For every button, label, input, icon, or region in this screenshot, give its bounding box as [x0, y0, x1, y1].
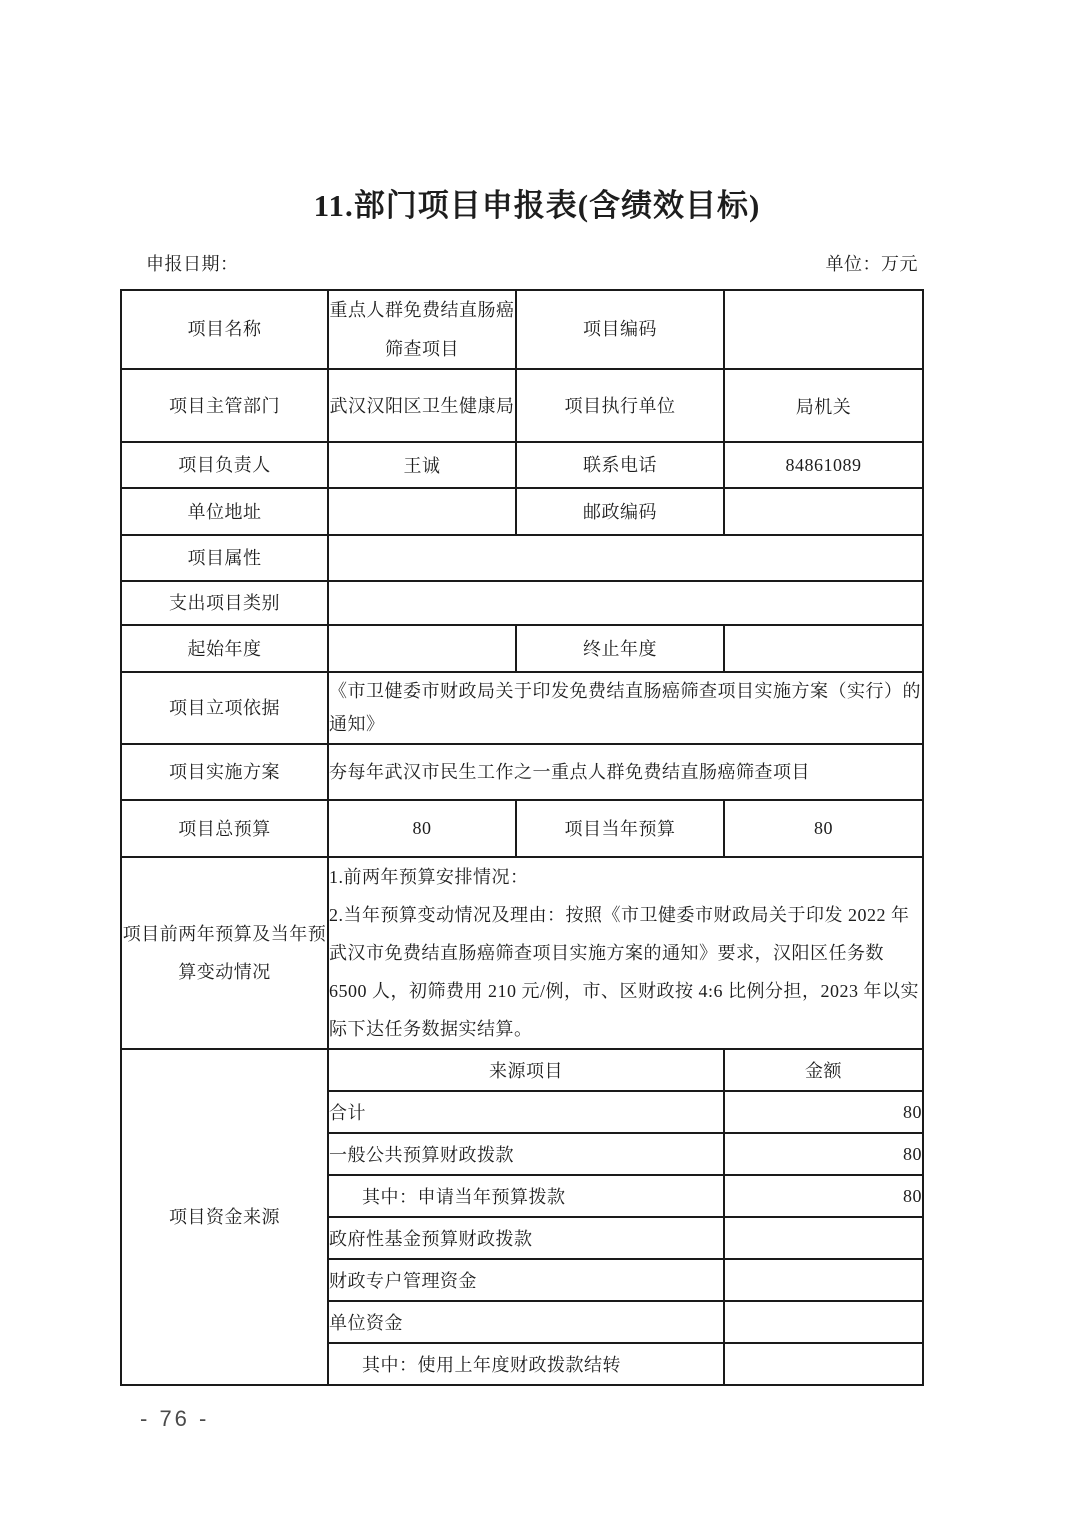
- funding-header-row: 项目资金来源 来源项目 金额: [121, 1049, 923, 1091]
- project-leader-value: 王诚: [328, 442, 516, 488]
- postal-code-label: 邮政编码: [516, 488, 724, 535]
- declare-date-label: 申报日期：: [146, 250, 239, 276]
- previous-budget-value: 1.前两年预算安排情况： 2.当年预算变动情况及理由：按照《市卫健委市财政局关于…: [328, 857, 923, 1049]
- funding-source-header: 来源项目: [328, 1049, 724, 1091]
- current-year-budget-value: 80: [724, 800, 923, 857]
- funding-amount-cell: 80: [724, 1133, 923, 1175]
- contact-phone-value: 84861089: [724, 442, 923, 488]
- funding-source-cell: 其中：使用上年度财政拨款结转: [328, 1343, 724, 1385]
- competent-department-value: 武汉汉阳区卫生健康局: [328, 369, 516, 442]
- project-code-label: 项目编码: [516, 290, 724, 369]
- end-year-value: [724, 625, 923, 672]
- project-attribute-label: 项目属性: [121, 535, 328, 581]
- row-competent-department: 项目主管部门 武汉汉阳区卫生健康局 项目执行单位 局机关: [121, 369, 923, 442]
- postal-code-value: [724, 488, 923, 535]
- page-title: 11.部门项目申报表(含绩效目标): [0, 180, 1074, 225]
- project-code-value: [724, 290, 923, 369]
- project-application-table: 项目名称 重点人群免费结直肠癌筛查项目 项目编码 项目主管部门 武汉汉阳区卫生健…: [120, 289, 924, 1386]
- current-year-budget-label: 项目当年预算: [516, 800, 724, 857]
- page-number: - 76 -: [140, 1406, 209, 1432]
- funding-source-cell: 其中：申请当年预算拨款: [328, 1175, 724, 1217]
- total-budget-value: 80: [328, 800, 516, 857]
- row-budget-totals: 项目总预算 80 项目当年预算 80: [121, 800, 923, 857]
- unit-address-value: [328, 488, 516, 535]
- funding-amount-cell: [724, 1301, 923, 1343]
- row-expenditure-category: 支出项目类别: [121, 581, 923, 625]
- row-project-attribute: 项目属性: [121, 535, 923, 581]
- project-name-value: 重点人群免费结直肠癌筛查项目: [328, 290, 516, 369]
- project-name-label: 项目名称: [121, 290, 328, 369]
- funding-amount-cell: 80: [724, 1175, 923, 1217]
- funding-section-label: 项目资金来源: [121, 1049, 328, 1385]
- funding-amount-cell: 80: [724, 1091, 923, 1133]
- previous-budget-line2: 2.当年预算变动情况及理由：按照《市卫健委市财政局关于印发 2022 年武汉市免…: [329, 896, 922, 1048]
- row-unit-address: 单位地址 邮政编码: [121, 488, 923, 535]
- project-leader-label: 项目负责人: [121, 442, 328, 488]
- previous-budget-line1: 1.前两年预算安排情况：: [329, 858, 922, 896]
- end-year-label: 终止年度: [516, 625, 724, 672]
- total-budget-label: 项目总预算: [121, 800, 328, 857]
- funding-amount-header: 金额: [724, 1049, 923, 1091]
- row-approval-basis: 项目立项依据 《市卫健委市财政局关于印发免费结直肠癌筛查项目实施方案（实行）的通…: [121, 672, 923, 744]
- start-year-label: 起始年度: [121, 625, 328, 672]
- approval-basis-value: 《市卫健委市财政局关于印发免费结直肠癌筛查项目实施方案（实行）的通知》: [328, 672, 923, 744]
- competent-department-label: 项目主管部门: [121, 369, 328, 442]
- row-previous-budget: 项目前两年预算及当年预算变动情况 1.前两年预算安排情况： 2.当年预算变动情况…: [121, 857, 923, 1049]
- funding-source-cell: 财政专户管理资金: [328, 1259, 724, 1301]
- implementation-plan-label: 项目实施方案: [121, 744, 328, 800]
- funding-source-cell: 政府性基金预算财政拨款: [328, 1217, 724, 1259]
- executing-unit-value: 局机关: [724, 369, 923, 442]
- row-project-leader: 项目负责人 王诚 联系电话 84861089: [121, 442, 923, 488]
- row-implementation-plan: 项目实施方案 夯每年武汉市民生工作之一重点人群免费结直肠癌筛查项目: [121, 744, 923, 800]
- unit-of-measure-label: 单位：万元: [826, 250, 919, 276]
- funding-amount-cell: [724, 1259, 923, 1301]
- funding-amount-cell: [724, 1217, 923, 1259]
- funding-source-cell: 合计: [328, 1091, 724, 1133]
- approval-basis-label: 项目立项依据: [121, 672, 328, 744]
- document-page: 11.部门项目申报表(含绩效目标) 申报日期： 单位：万元 项目名称 重点人群免…: [0, 0, 1074, 1520]
- expenditure-category-label: 支出项目类别: [121, 581, 328, 625]
- executing-unit-label: 项目执行单位: [516, 369, 724, 442]
- implementation-plan-value: 夯每年武汉市民生工作之一重点人群免费结直肠癌筛查项目: [328, 744, 923, 800]
- start-year-value: [328, 625, 516, 672]
- row-project-name: 项目名称 重点人群免费结直肠癌筛查项目 项目编码: [121, 290, 923, 369]
- previous-budget-label: 项目前两年预算及当年预算变动情况: [121, 857, 328, 1049]
- unit-address-label: 单位地址: [121, 488, 328, 535]
- row-years: 起始年度 终止年度: [121, 625, 923, 672]
- funding-amount-cell: [724, 1343, 923, 1385]
- project-attribute-value: [328, 535, 923, 581]
- expenditure-category-value: [328, 581, 923, 625]
- meta-row: 申报日期： 单位：万元: [146, 250, 918, 276]
- funding-source-cell: 一般公共预算财政拨款: [328, 1133, 724, 1175]
- funding-source-cell: 单位资金: [328, 1301, 724, 1343]
- contact-phone-label: 联系电话: [516, 442, 724, 488]
